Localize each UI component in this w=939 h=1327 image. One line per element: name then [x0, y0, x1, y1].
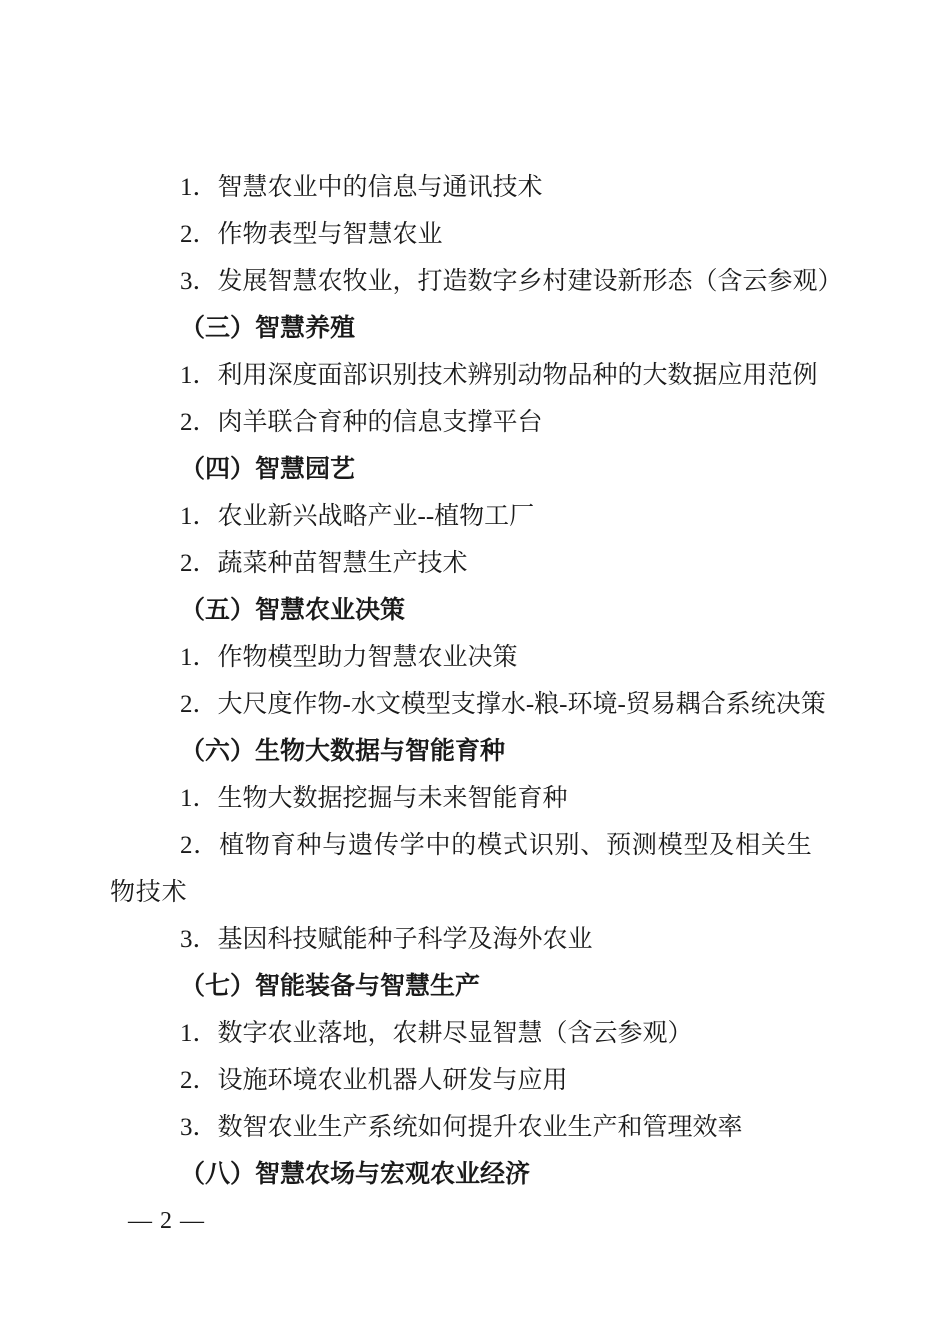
list-item: 2．蔬菜种苗智慧生产技术	[110, 540, 852, 587]
list-item: 3．数智农业生产系统如何提升农业生产和管理效率	[110, 1104, 852, 1151]
document-body: 1．智慧农业中的信息与通讯技术2．作物表型与智慧农业3．发展智慧农牧业，打造数字…	[110, 164, 852, 1198]
list-item: 2．作物表型与智慧农业	[110, 211, 852, 258]
list-item: 3．发展智慧农牧业，打造数字乡村建设新形态（含云参观）	[110, 258, 852, 305]
list-item: 2．植物育种与遗传学中的模式识别、预测模型及相关生 物技术	[110, 822, 852, 916]
list-item: 2．大尺度作物-水文模型支撑水-粮-环境-贸易耦合系统决策	[110, 681, 852, 728]
list-item: 2．肉羊联合育种的信息支撑平台	[110, 399, 852, 446]
list-item: 3．基因科技赋能种子科学及海外农业	[110, 916, 852, 963]
section-heading: （四）智慧园艺	[110, 446, 852, 493]
list-item: 1．智慧农业中的信息与通讯技术	[110, 164, 852, 211]
document-page: { "page": { "number_label": "— 2 —", "co…	[0, 0, 939, 1327]
list-item: 1．数字农业落地，农耕尽显智慧（含云参观）	[110, 1010, 852, 1057]
section-heading: （五）智慧农业决策	[110, 587, 852, 634]
list-item: 1．农业新兴战略产业--植物工厂	[110, 493, 852, 540]
list-item: 1．作物模型助力智慧农业决策	[110, 634, 852, 681]
section-heading: （七）智能装备与智慧生产	[110, 963, 852, 1010]
section-heading: （八）智慧农场与宏观农业经济	[110, 1151, 852, 1198]
section-heading: （三）智慧养殖	[110, 305, 852, 352]
list-item: 1．利用深度面部识别技术辨别动物品种的大数据应用范例	[110, 352, 852, 399]
section-heading: （六）生物大数据与智能育种	[110, 728, 852, 775]
list-item: 2．设施环境农业机器人研发与应用	[110, 1057, 852, 1104]
list-item: 1．生物大数据挖掘与未来智能育种	[110, 775, 852, 822]
page-number: — 2 —	[128, 1198, 205, 1245]
